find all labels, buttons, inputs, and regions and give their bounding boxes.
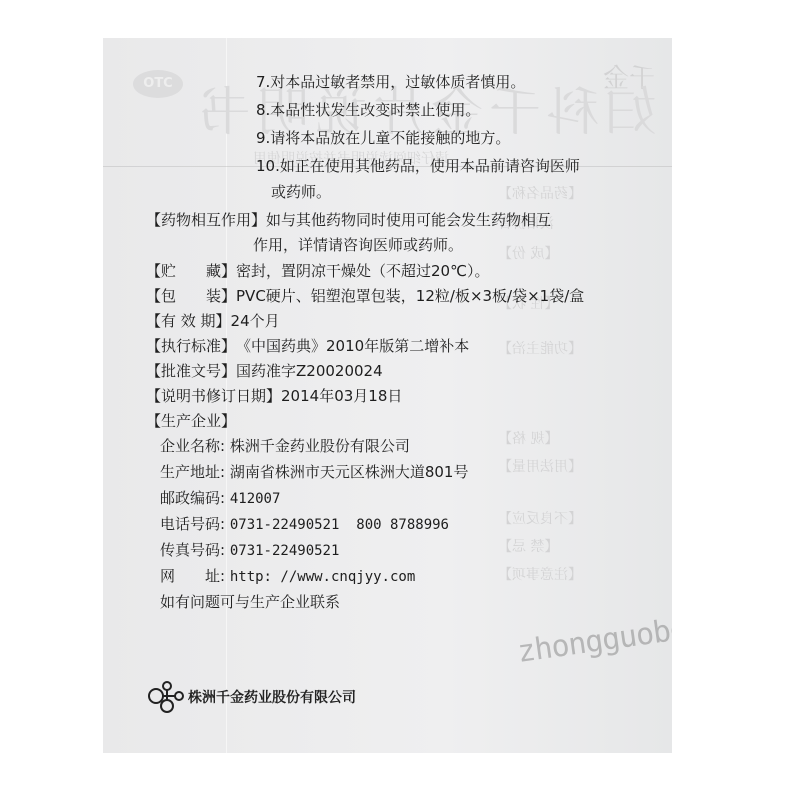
section-value: PVC硬片、铝塑泡罩包装，12粒/板×3板/袋×1袋/盒	[236, 287, 584, 305]
footer-logo: 株洲千金药业股份有限公司	[148, 680, 356, 714]
section-label: 【包 装】	[146, 287, 236, 305]
manufacturer-name: 企业名称: 株洲千金药业股份有限公司	[160, 437, 410, 455]
manufacturer-fax: 传真号码: 0731-22490521	[160, 541, 339, 560]
ghost-heading: 【药品名称】	[498, 183, 582, 203]
section-interactions: 【药物相互作用】如与其他药物同时使用可能会发生药物相互	[146, 211, 551, 229]
manufacturer-website: 网 址: http: //www.cnqjyy.com	[160, 567, 415, 586]
info-value: 株洲千金药业股份有限公司	[230, 437, 410, 455]
precaution-item: 或药师。	[271, 183, 331, 201]
info-value: 0731-22490521 800 8788996	[230, 517, 449, 533]
info-label: 企业名称:	[160, 437, 225, 455]
ghost-heading: 【禁 忌】	[498, 536, 558, 556]
info-label: 网 址:	[160, 567, 225, 585]
watermark: zhongguobencao	[515, 602, 672, 670]
section-storage: 【贮 藏】密封，置阴凉干燥处（不超过20℃）。	[146, 262, 489, 280]
info-label: 生产地址:	[160, 463, 225, 481]
info-value: 0731-22490521	[230, 543, 340, 559]
info-label: 电话号码:	[160, 515, 225, 533]
precaution-item: 8.本品性状发生改变时禁止使用。	[256, 101, 480, 119]
section-label: 【说明书修订日期】	[146, 387, 281, 405]
section-label: 【有 效 期】	[146, 312, 231, 330]
section-value: 2014年03月18日	[281, 387, 402, 405]
section-value: 密封，置阴凉干燥处（不超过20℃）。	[236, 262, 489, 280]
section-label: 【批准文号】	[146, 362, 236, 380]
section-approval: 【批准文号】国药准字Z20020024	[146, 362, 383, 380]
ghost-heading: 【规 格】	[498, 428, 558, 448]
ghost-heading: 【注意事项】	[498, 564, 582, 584]
ghost-heading: 【功能主治】	[498, 338, 582, 358]
otc-badge-icon: OTC	[133, 70, 183, 98]
section-standard: 【执行标准】《中国药典》2010年版第二增补本	[146, 337, 469, 355]
ghost-heading: 【成 份】	[498, 243, 558, 263]
manufacturer-address: 生产地址: 湖南省株洲市天元区株洲大道801号	[160, 463, 468, 481]
manufacturer-postcode: 邮政编码: 412007	[160, 489, 280, 508]
section-value: 如与其他药物同时使用可能会发生药物相互	[266, 211, 551, 229]
info-value: http: //www.cnqjyy.com	[230, 569, 415, 585]
precaution-item: 10.如正在使用其他药品，使用本品前请咨询医师	[256, 157, 580, 175]
ghost-heading: 【用法用量】	[498, 456, 582, 476]
section-label: 【药物相互作用】	[146, 211, 266, 229]
section-interactions-cont: 作用，详情请咨询医师或药师。	[253, 236, 463, 254]
info-label: 传真号码:	[160, 541, 225, 559]
instruction-leaflet: OTC 千金 妇科千金片说明书 请仔细阅读说明书并按说明使用 【药品名称】 汉语…	[103, 38, 672, 753]
ghost-heading: 【不良反应】	[498, 508, 582, 528]
section-revision-date: 【说明书修订日期】2014年03月18日	[146, 387, 402, 405]
contact-note: 如有问题可与生产企业联系	[160, 593, 340, 611]
section-value: 国药准字Z20020024	[236, 362, 383, 380]
section-value: 24个月	[231, 312, 280, 330]
section-packaging: 【包 装】PVC硬片、铝塑泡罩包装，12粒/板×3板/袋×1袋/盒	[146, 287, 584, 305]
manufacturer-phone: 电话号码: 0731-22490521 800 8788996	[160, 515, 449, 534]
section-manufacturer: 【生产企业】	[146, 412, 236, 430]
precaution-item: 7.对本品过敏者禁用，过敏体质者慎用。	[256, 73, 525, 91]
section-label: 【执行标准】	[146, 337, 236, 355]
precaution-item: 9.请将本品放在儿童不能接触的地方。	[256, 129, 510, 147]
footer-company-name: 株洲千金药业股份有限公司	[188, 687, 356, 707]
section-validity: 【有 效 期】24个月	[146, 312, 280, 330]
info-label: 邮政编码:	[160, 489, 225, 507]
section-label: 【贮 藏】	[146, 262, 236, 280]
qianjin-circles-logo-icon	[148, 680, 186, 714]
section-value: 《中国药典》2010年版第二增补本	[236, 337, 469, 355]
info-value: 湖南省株洲市天元区株洲大道801号	[230, 463, 469, 481]
info-value: 412007	[230, 491, 281, 507]
